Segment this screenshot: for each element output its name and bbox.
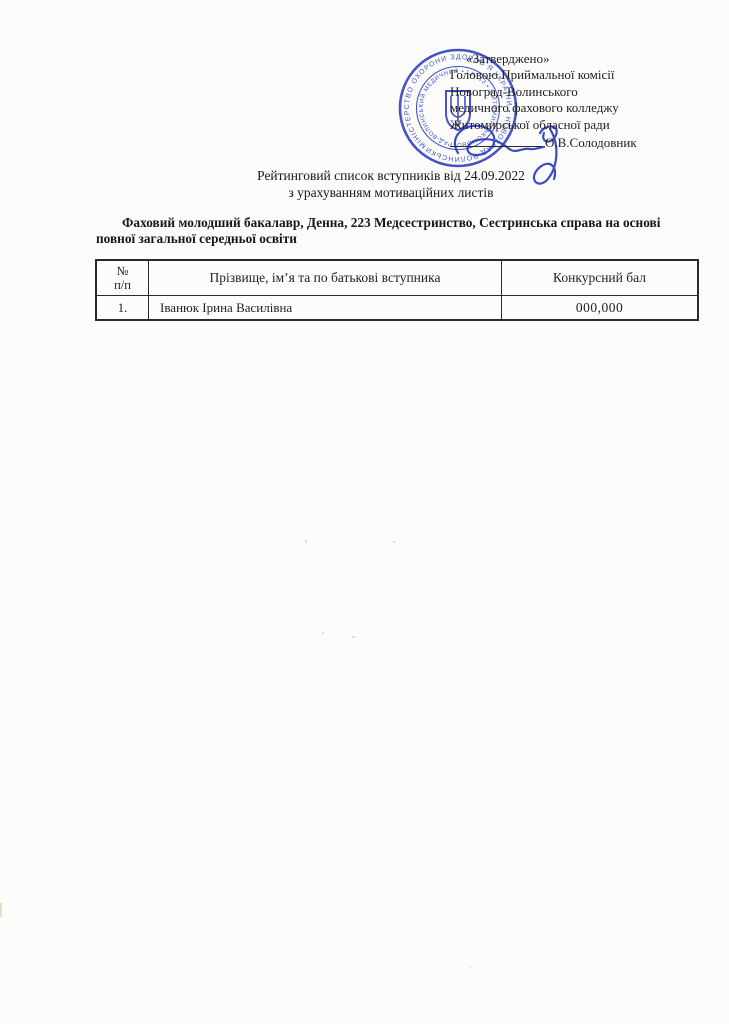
rating-table: № п/п Прізвище, ім’я та по батькові всту…	[95, 259, 699, 321]
approval-block: «Затверджено» Головою Приймальної комісі…	[450, 51, 637, 151]
scanned-document-page: МІНІСТЕРСТВО ОХОРОНИ ЗДОРОВ’Я УКРАЇНИ • …	[0, 0, 729, 1024]
header-number-abbr: п/п	[97, 278, 148, 292]
scan-speck	[393, 541, 395, 543]
scan-speck	[305, 540, 307, 543]
cell-name: Іванюк Ірина Василівна	[149, 296, 502, 321]
approval-line: медичного фахового колледжу	[450, 100, 637, 116]
table-row: 1. Іванюк Ірина Василівна 000,000	[96, 296, 698, 321]
approval-line: Новоград-Волинського	[450, 84, 637, 100]
header-number: № п/п	[96, 260, 149, 296]
signature-line	[450, 134, 542, 147]
cell-score: 000,000	[502, 296, 699, 321]
program-description: Фаховий молодший бакалавр, Денна, 223 Ме…	[96, 215, 674, 247]
header-number-symbol: №	[97, 264, 148, 278]
header-score: Конкурсний бал	[502, 260, 699, 296]
approval-line: «Затверджено»	[450, 51, 637, 67]
title-line-2: з урахуванням мотиваційних листів	[55, 185, 727, 202]
signature-row: О.В.Солодовник	[450, 134, 637, 151]
table-header-row: № п/п Прізвище, ім’я та по батькові всту…	[96, 260, 698, 296]
scan-speck	[352, 636, 355, 638]
header-name: Прізвище, ім’я та по батькові вступника	[149, 260, 502, 296]
scan-edge-mark	[0, 903, 2, 917]
scan-speck	[322, 632, 324, 634]
document-title: Рейтинговий список вступників від 24.09.…	[55, 168, 727, 202]
title-line-1: Рейтинговий список вступників від 24.09.…	[55, 168, 727, 185]
approval-line: Житомирської обласної ради	[450, 117, 637, 133]
approval-line: Головою Приймальної комісії	[450, 67, 637, 83]
scan-speck	[470, 966, 471, 969]
program-line-1: Фаховий молодший бакалавр, Денна, 223 Ме…	[96, 215, 674, 231]
signer-name: О.В.Солодовник	[545, 135, 637, 150]
program-line-2: повної загальної середньої освіти	[96, 231, 674, 247]
cell-number: 1.	[96, 296, 149, 321]
